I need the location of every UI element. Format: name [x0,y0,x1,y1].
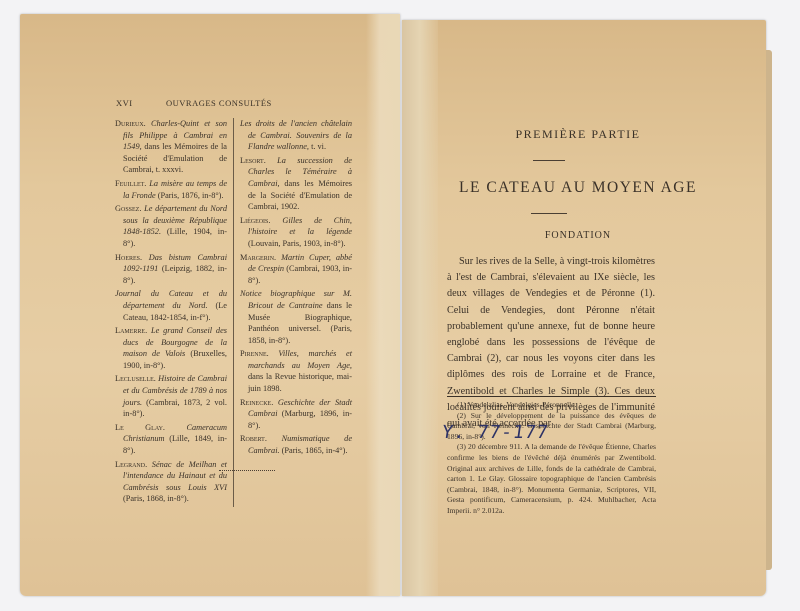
handwritten-note: Y. 77-177 [441,422,550,443]
entry-author: Hoeres. [115,253,142,262]
running-head-title: OUVRAGES CONSULTÉS [166,98,356,108]
footnote-rule [447,396,656,397]
part-label: PREMIÈRE PARTIE [396,127,760,142]
entry-author: Pirenne. [240,349,269,358]
gutter-tape [402,20,438,596]
page-edge [766,50,772,570]
entry-author: Lamerre. [115,326,147,335]
bibliography-entry: Legrand. Sénac de Meilhan et l'intendanc… [115,459,227,505]
entry-author: Feuillet. [115,179,146,188]
page-number: XVI [116,98,166,108]
bibliography-entry: Durieux. Charles-Quint et son fils Phili… [115,118,227,176]
bibliography-entry: Lecluselle. Histoire de Cambrai et du Ca… [115,373,227,419]
bibliography-entry: Robert. Numismatique de Cambrai. (Paris,… [240,433,352,456]
bibliography-entry: Journal du Cateau et du département du N… [115,288,227,323]
entry-details: (Paris, 1876, in-8°). [156,191,224,200]
right-page: PREMIÈRE PARTIE LE CATEAU AU MOYEN AGE F… [402,20,766,596]
entry-author: Gossez. [115,204,141,213]
bibliography-entry: Notice biographique sur M. Bricout de Ca… [240,288,352,346]
entry-details: (Paris, 1865, in-4°). [280,446,348,455]
bibliography-entry: Liégeois. Gilles de Chin, l'histoire et … [240,215,352,250]
bibliography-entry: Pirenne. Villes, marchés et marchands au… [240,348,352,394]
bibliography-entry: Reinecke. Geschichte der Stadt Cambrai (… [240,397,352,432]
bibliography-entry: Hoeres. Das bistum Cambrai 1092-1191 (Le… [115,252,227,287]
entry-author: Lesort. [240,156,266,165]
left-page: XVI OUVRAGES CONSULTÉS Durieux. Charles-… [20,14,400,596]
entry-details: (Paris, 1868, in-8°). [123,494,189,503]
entry-author: Lecluselle. [115,374,156,383]
bibliography-entry: Gossez. Le département du Nord sous la d… [115,203,227,249]
divider [531,213,567,214]
bibliography-column-right: Les droits de l'ancien châtelain de Camb… [234,118,352,507]
entry-author: Margerin. [240,253,276,262]
running-head: XVI OUVRAGES CONSULTÉS [116,98,356,108]
gutter-tape [366,14,400,596]
bibliography-column-left: Durieux. Charles-Quint et son fils Phili… [115,118,234,507]
entry-author: Liégeois. [240,216,270,225]
bibliography-entry: Les droits de l'ancien châtelain de Camb… [240,118,352,153]
footnote: (3) 20 décembre 911. A la demande de l'é… [447,442,656,516]
divider [533,160,565,161]
bibliography-entry: Le Glay. Cameracum Christianum (Lille, 1… [115,422,227,457]
entry-author: Le Glay. [115,423,165,432]
footnotes: (1) Vendelzlias, Vendelgies-Péronnelle. … [447,400,656,517]
entry-details: (Louvain, Paris, 1903, in-8°). [248,239,346,248]
footnote: (1) Vendelzlias, Vendelgies-Péronnelle. [447,400,656,411]
bibliography-columns: Durieux. Charles-Quint et son fils Phili… [115,118,355,507]
entry-author: Reinecke. [240,398,273,407]
chapter-title: LE CATEAU AU MOYEN AGE [396,179,760,197]
entry-details: t. vi. [309,142,326,151]
end-rule [219,470,275,471]
entry-author: Robert. [240,434,267,443]
entry-author: Legrand. [115,460,147,469]
section-title: FONDATION [396,230,760,241]
bibliography-entry: Margerin. Martin Cuper, abbé de Crespin … [240,252,352,287]
entry-title: Les droits de l'ancien châtelain de Camb… [240,119,352,151]
entry-details: dans la Revue historique, mai-juin 1898. [248,372,352,393]
bibliography-entry: Feuillet. La misère au temps de la Frond… [115,178,227,201]
entry-author: Durieux. [115,119,146,128]
bibliography-entry: Lesort. La succession de Charles le Témé… [240,155,352,213]
bibliography-entry: Lamerre. Le grand Conseil des ducs de Bo… [115,325,227,371]
